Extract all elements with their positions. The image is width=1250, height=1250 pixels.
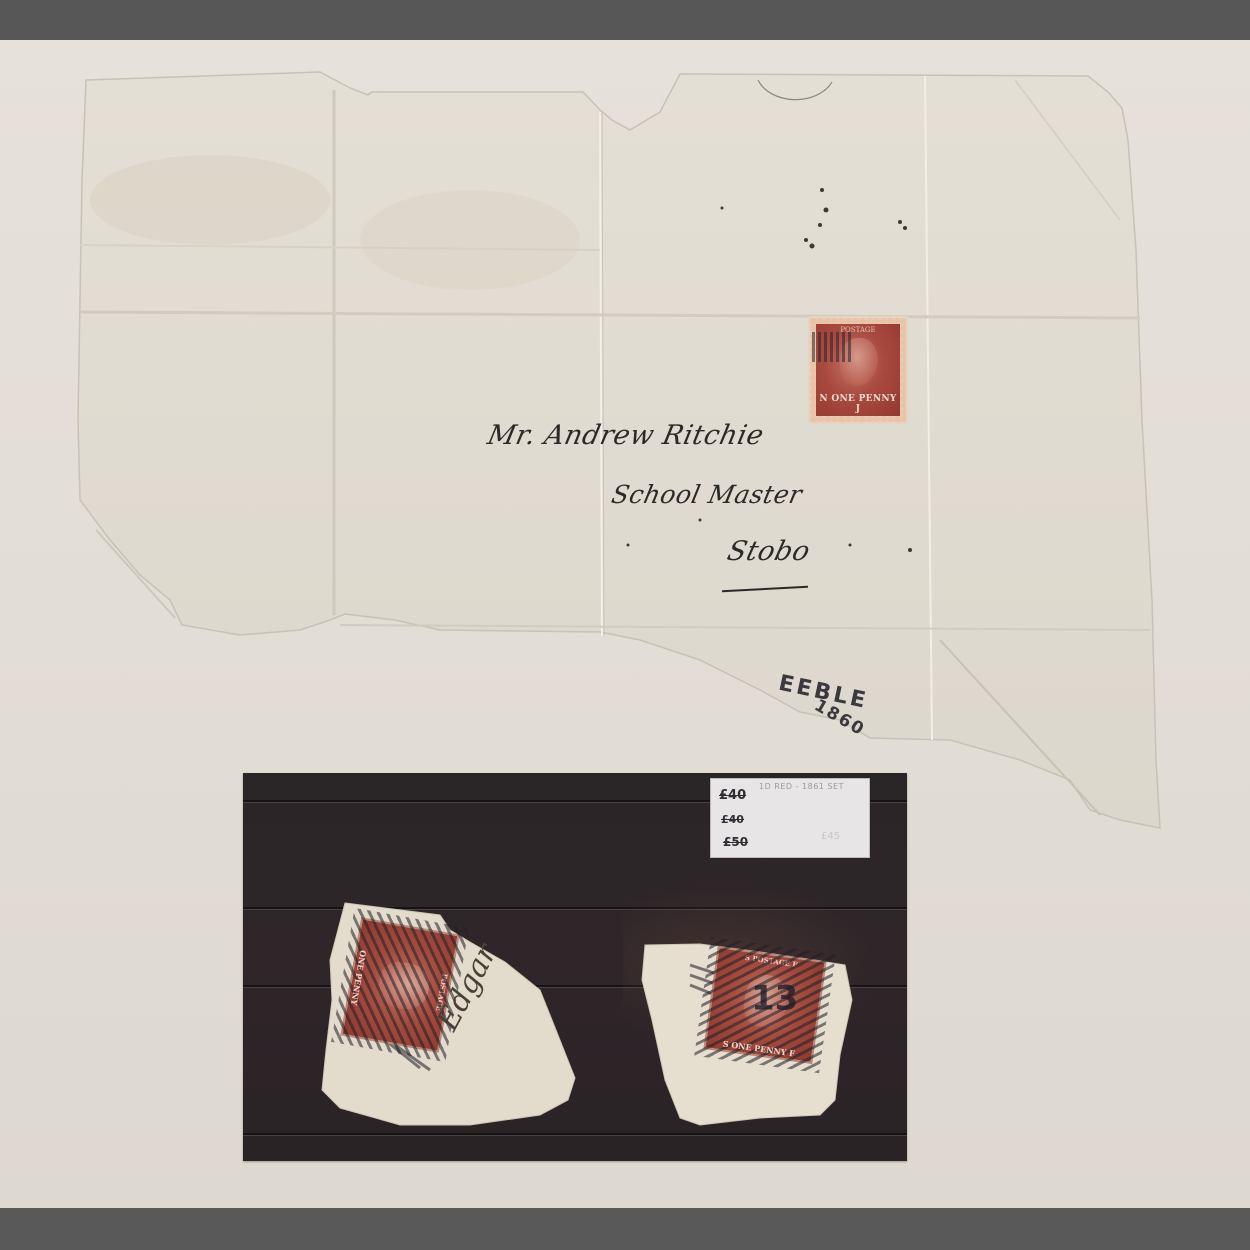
price-crossed-2: £40 <box>721 813 744 826</box>
price-current: £45 <box>821 831 840 842</box>
address-town: Stobo <box>724 536 813 567</box>
address-title: School Master <box>609 480 805 509</box>
price-label: 1D RED - 1861 SET £40 £40 £50 £45 <box>710 778 870 858</box>
stock-strip <box>243 1133 907 1136</box>
cancellation-number: 13 <box>751 978 798 1018</box>
address-recipient-name: Mr. Andrew Ritchie <box>485 420 767 451</box>
penny-red-imperf-stamp-2: S POSTAGE F 13 S ONE PENNY F <box>703 946 826 1064</box>
bottom-frame-bar <box>0 1208 1250 1250</box>
price-label-header: 1D RED - 1861 SET <box>759 782 844 791</box>
price-crossed-1: £40 <box>719 788 746 803</box>
penny-red-imperf-stamp-1: POSTAGE ONE PENNY <box>340 917 459 1053</box>
stamp-face: POSTAGE N ONE PENNY J <box>816 324 900 416</box>
cancellation-bars <box>812 332 852 362</box>
price-crossed-3: £50 <box>723 835 748 849</box>
stamp-value-label: N ONE PENNY J <box>816 394 900 414</box>
penny-red-stamp: POSTAGE N ONE PENNY J <box>810 318 906 422</box>
